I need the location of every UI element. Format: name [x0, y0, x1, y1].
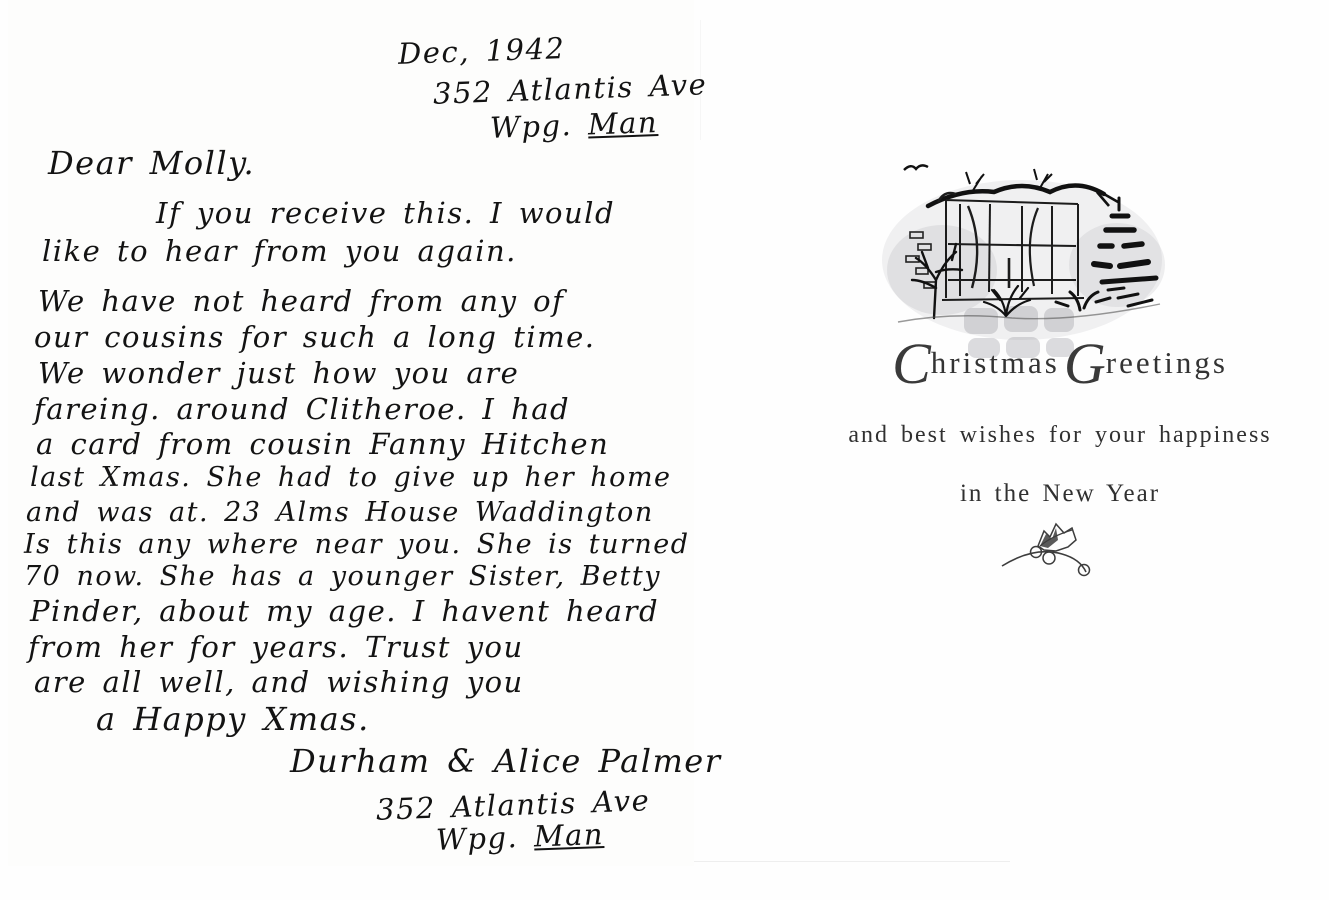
letter-page: Dec, 1942 352 Atlantis Ave Wpg. Man Dear…: [8, 0, 694, 866]
city-underlined: Man: [587, 105, 658, 141]
letter-line: from her for years. Trust you: [28, 630, 524, 664]
holly-sprig-icon: [996, 518, 1114, 582]
city-underlined: Man: [533, 817, 604, 853]
letter-date: Dec, 1942: [397, 31, 565, 71]
letter-signature: Durham & Alice Palmer: [290, 742, 722, 780]
letter-line: last Xmas. She had to give up her home: [30, 462, 672, 493]
letter-line: If you receive this. I would: [156, 196, 615, 230]
letter-line: Is this any where near you. She is turne…: [24, 529, 690, 560]
card-newyear-line: in the New Year: [810, 480, 1310, 508]
letter-line: We wonder just how you are: [38, 356, 519, 390]
letter-line: like to hear from you again.: [42, 234, 517, 268]
letter-line: We have not heard from any of: [38, 284, 564, 318]
christmas-card: Christmas Greetings and best wishes for …: [800, 130, 1320, 630]
letter-line: a Happy Xmas.: [96, 700, 370, 738]
winter-scene-illustration-icon: [872, 140, 1188, 360]
scanned-letter-and-card: Dec, 1942 352 Atlantis Ave Wpg. Man Dear…: [0, 0, 1329, 900]
city-prefix: Wpg.: [489, 108, 572, 145]
letter-return-address: 352 Atlantis Ave: [432, 67, 707, 111]
letter-salutation: Dear Molly.: [48, 144, 255, 182]
ornate-initial-g: G: [1064, 331, 1106, 396]
letter-line: are all well, and wishing you: [34, 665, 524, 699]
letter-line: 70 now. She has a younger Sister, Betty: [24, 561, 661, 592]
letter-line: and was at. 23 Alms House Waddington: [26, 497, 654, 528]
card-title: Christmas Greetings: [840, 344, 1280, 384]
letter-line: fareing. around Clitheroe. I had: [34, 392, 570, 426]
card-title-word1: hristmas: [931, 345, 1060, 380]
card-title-word2: reetings: [1106, 345, 1228, 380]
city-prefix: Wpg.: [435, 820, 518, 857]
letter-line: Pinder, about my age. I havent heard: [30, 594, 659, 628]
letter-line: our cousins for such a long time.: [34, 320, 596, 354]
card-wish-line: and best wishes for your happiness: [810, 422, 1310, 449]
letter-closing-city: Wpg. Man: [435, 817, 604, 857]
letter-return-city: Wpg. Man: [489, 105, 658, 145]
letter-line: a card from cousin Fanny Hitchen: [36, 427, 609, 461]
ornate-initial-c: C: [892, 331, 931, 396]
